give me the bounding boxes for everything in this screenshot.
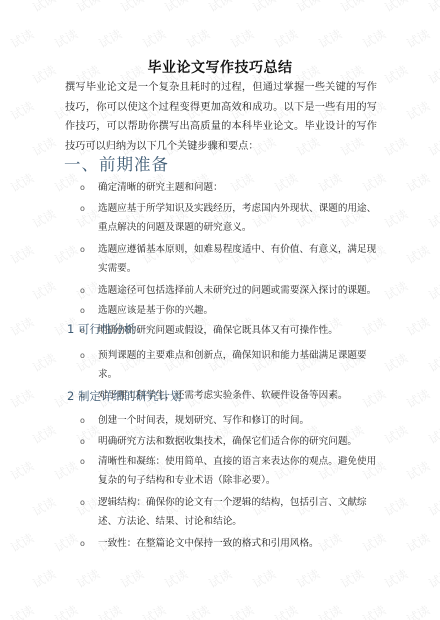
list-item: o选题应基于所学知识及实践经历，考虑国内外现状、课题的用途、重点解决的问题及课题… [0, 199, 378, 237]
list-item: o一致性：在整篇论文中保持一致的格式和引用风格。 [0, 534, 378, 553]
bullet-icon: o [80, 199, 85, 218]
list-item: o确定清晰的研究主题和问题： [0, 178, 378, 197]
list-item: o对于理工科学生，还需考虑实验条件、软硬件设备等因素。 [0, 386, 378, 405]
list-item: o选题应该是基于你的兴趣。 [0, 301, 378, 320]
bullet-icon: o [80, 534, 85, 553]
bullet-icon: o [80, 178, 85, 197]
list-item: o明确你的研究问题或假设，确保它既具体又有可操作性。 [0, 321, 378, 340]
list-item: o预判课题的主要难点和创新点，确保知识和能力基础满足课题要求。 [0, 346, 378, 384]
research-plan-list: o创建一个时间表，规划研究、写作和修订的时间。 o明确研究方法和数据收集技术，确… [0, 411, 440, 553]
bullet-icon: o [80, 452, 85, 471]
bullet-icon: o [80, 281, 85, 300]
bullet-icon: o [80, 301, 85, 320]
list-item: o选题应遵循基本原则，如难易程度适中、有价值、有意义，满足现实需要。 [0, 240, 378, 278]
section-heading-feasibility: 1 可行性分析： [67, 321, 147, 337]
bullet-icon: o [80, 411, 85, 430]
feasibility-list: o预判课题的主要难点和创新点，确保知识和能力基础满足课题要求。 o对于理工科学生… [0, 346, 440, 405]
section-heading-research-plan: 2 制定详细的研究计划 [67, 388, 181, 404]
bullet-icon: o [80, 432, 85, 451]
bullet-icon: o [80, 493, 85, 512]
list-item: o创建一个时间表，规划研究、写作和修订的时间。 [0, 411, 378, 430]
list-item: o选题途径可包括选择前人未研究过的问题或需要深入探讨的课题。 [0, 281, 378, 300]
list-item: o明确研究方法和数据收集技术，确保它们适合你的研究问题。 [0, 432, 378, 451]
section-heading-preparation: 一、前期准备 [64, 151, 169, 175]
preparation-list: o确定清晰的研究主题和问题： o选题应基于所学知识及实践经历，考虑国内外现状、课… [0, 178, 440, 340]
list-item: o逻辑结构：确保你的论文有一个逻辑的结构，包括引言、文献综述、方法论、结果、讨论… [0, 493, 378, 531]
list-item: o清晰性和凝练：使用简单、直接的语言来表达你的观点。避免使用复杂的句子结构和专业… [0, 452, 378, 490]
bullet-icon: o [80, 240, 85, 259]
bullet-icon: o [80, 346, 85, 365]
document-title: 毕业论文写作技巧总结 [0, 57, 440, 77]
intro-paragraph: 撰写毕业论文是一个复杂且耗时的过程，但通过掌握一些关键的写作技巧，你可以使这个过… [65, 78, 377, 156]
document-page: 毕业论文写作技巧总结 撰写毕业论文是一个复杂且耗时的过程，但通过掌握一些关键的写… [0, 0, 440, 620]
